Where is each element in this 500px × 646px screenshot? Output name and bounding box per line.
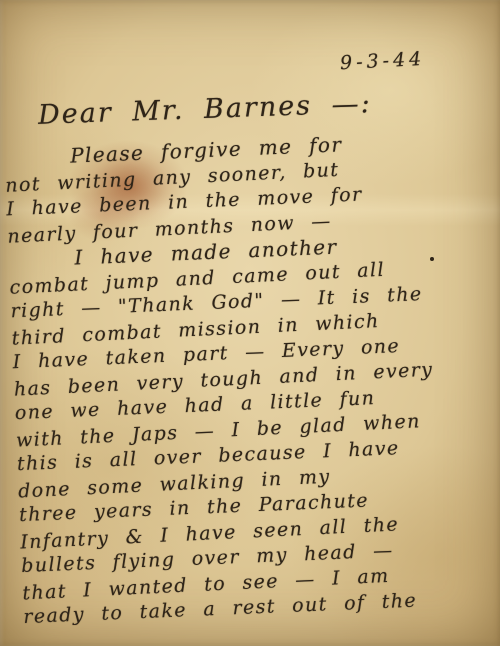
letter-date: 9-3-44 (339, 48, 425, 74)
salutation: Dear Mr. Barnes —: (38, 88, 373, 131)
letter-page: 9-3-44 Dear Mr. Barnes —: Please forgive… (0, 0, 500, 646)
paragraph-2: I have made another combat jump and came… (8, 229, 494, 631)
letter-body: Please forgive me for not writing any so… (4, 127, 494, 631)
ink-dot (430, 257, 434, 261)
paragraph-1: Please forgive me for not writing any so… (4, 127, 478, 249)
